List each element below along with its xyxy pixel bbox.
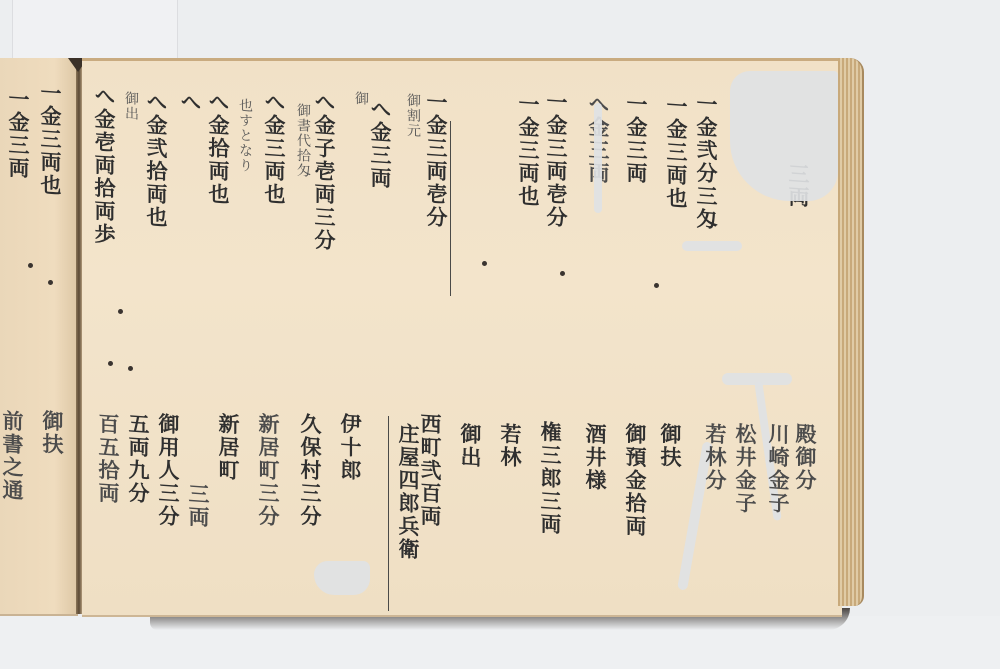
text-column: 御扶: [42, 409, 63, 456]
text-column: 一金三両壱分: [426, 90, 447, 229]
text-column: 一金三両壱分: [546, 90, 567, 229]
wormhole: [28, 263, 33, 268]
text-column: 百五拾両: [98, 412, 119, 505]
text-column: へ金壱両拾両歩: [94, 84, 115, 246]
text-column: へ金子壱両三分: [314, 90, 335, 252]
text-column: へ金拾両也: [208, 90, 229, 206]
paper-damage-hole: [314, 561, 370, 595]
wormhole: [482, 261, 487, 266]
text-column: 御用人三分: [158, 412, 179, 528]
stacked-page-edges: [838, 58, 864, 606]
text-column: 新居町: [218, 412, 239, 482]
text-column: 御出: [460, 422, 481, 469]
wormhole: [108, 361, 113, 366]
text-column: 五両九分: [128, 412, 149, 505]
open-book: 一金三両 一金三両也 前書之通 御扶 へ金壱両拾両歩 御出 へ金弐拾両也 へ へ…: [0, 58, 866, 614]
text-column: 一金三両: [8, 87, 29, 180]
text-column: 若林分: [705, 422, 726, 492]
text-column: 一金三両也: [666, 94, 687, 210]
text-column: 西町弐百両: [420, 412, 441, 528]
text-column: 一金三両也: [518, 92, 539, 208]
background-paper-sheet: [12, 0, 178, 60]
text-column: 伊十郎: [340, 412, 361, 482]
text-column: 御: [354, 91, 368, 107]
worm-track: [594, 103, 602, 213]
text-column: 一金三両也: [40, 81, 61, 197]
wormhole: [560, 271, 565, 276]
wormhole: [118, 309, 123, 314]
text-column: 御扶: [660, 422, 681, 469]
text-column: 川崎金子: [768, 422, 789, 515]
text-column: 御預金拾両: [625, 422, 646, 538]
text-column: へ金三両: [370, 97, 391, 190]
wormhole: [128, 366, 133, 371]
text-column: 三両: [188, 482, 209, 529]
right-page: へ金壱両拾両歩 御出 へ金弐拾両也 へ へ金拾両也 也すとなり へ金三両也 御書…: [82, 58, 842, 617]
text-column: 松井金子: [735, 422, 756, 515]
text-column: 御出: [124, 91, 138, 122]
wormhole: [654, 283, 659, 288]
text-column: 前書之通: [2, 409, 23, 502]
text-column: 酒井様: [585, 422, 606, 492]
text-column: 一金弐分三匁: [696, 92, 717, 231]
text-column: 御割元: [406, 93, 420, 139]
text-column: 新居町三分: [258, 412, 279, 528]
text-column: 殿御分: [795, 422, 816, 492]
text-column: へ: [180, 90, 201, 114]
text-column: 御書代拾匁: [296, 103, 310, 179]
text-column: 若林: [500, 422, 521, 469]
text-column: へ金三両也: [264, 90, 285, 206]
left-page: 一金三両 一金三両也 前書之通 御扶: [0, 58, 78, 616]
text-column: 久保村三分: [300, 412, 321, 528]
text-column: 也すとなり: [238, 98, 252, 174]
ink-line: [388, 416, 389, 611]
ink-line: [450, 121, 451, 296]
paper-damage-repair: [730, 71, 838, 201]
text-column: 権三郎三両: [540, 420, 561, 536]
text-column: 庄屋四郎兵衛: [398, 422, 419, 561]
wormhole: [48, 280, 53, 285]
text-column: へ金弐拾両也: [146, 90, 167, 229]
worm-track: [682, 241, 742, 251]
text-column: 一金三両: [626, 92, 647, 185]
